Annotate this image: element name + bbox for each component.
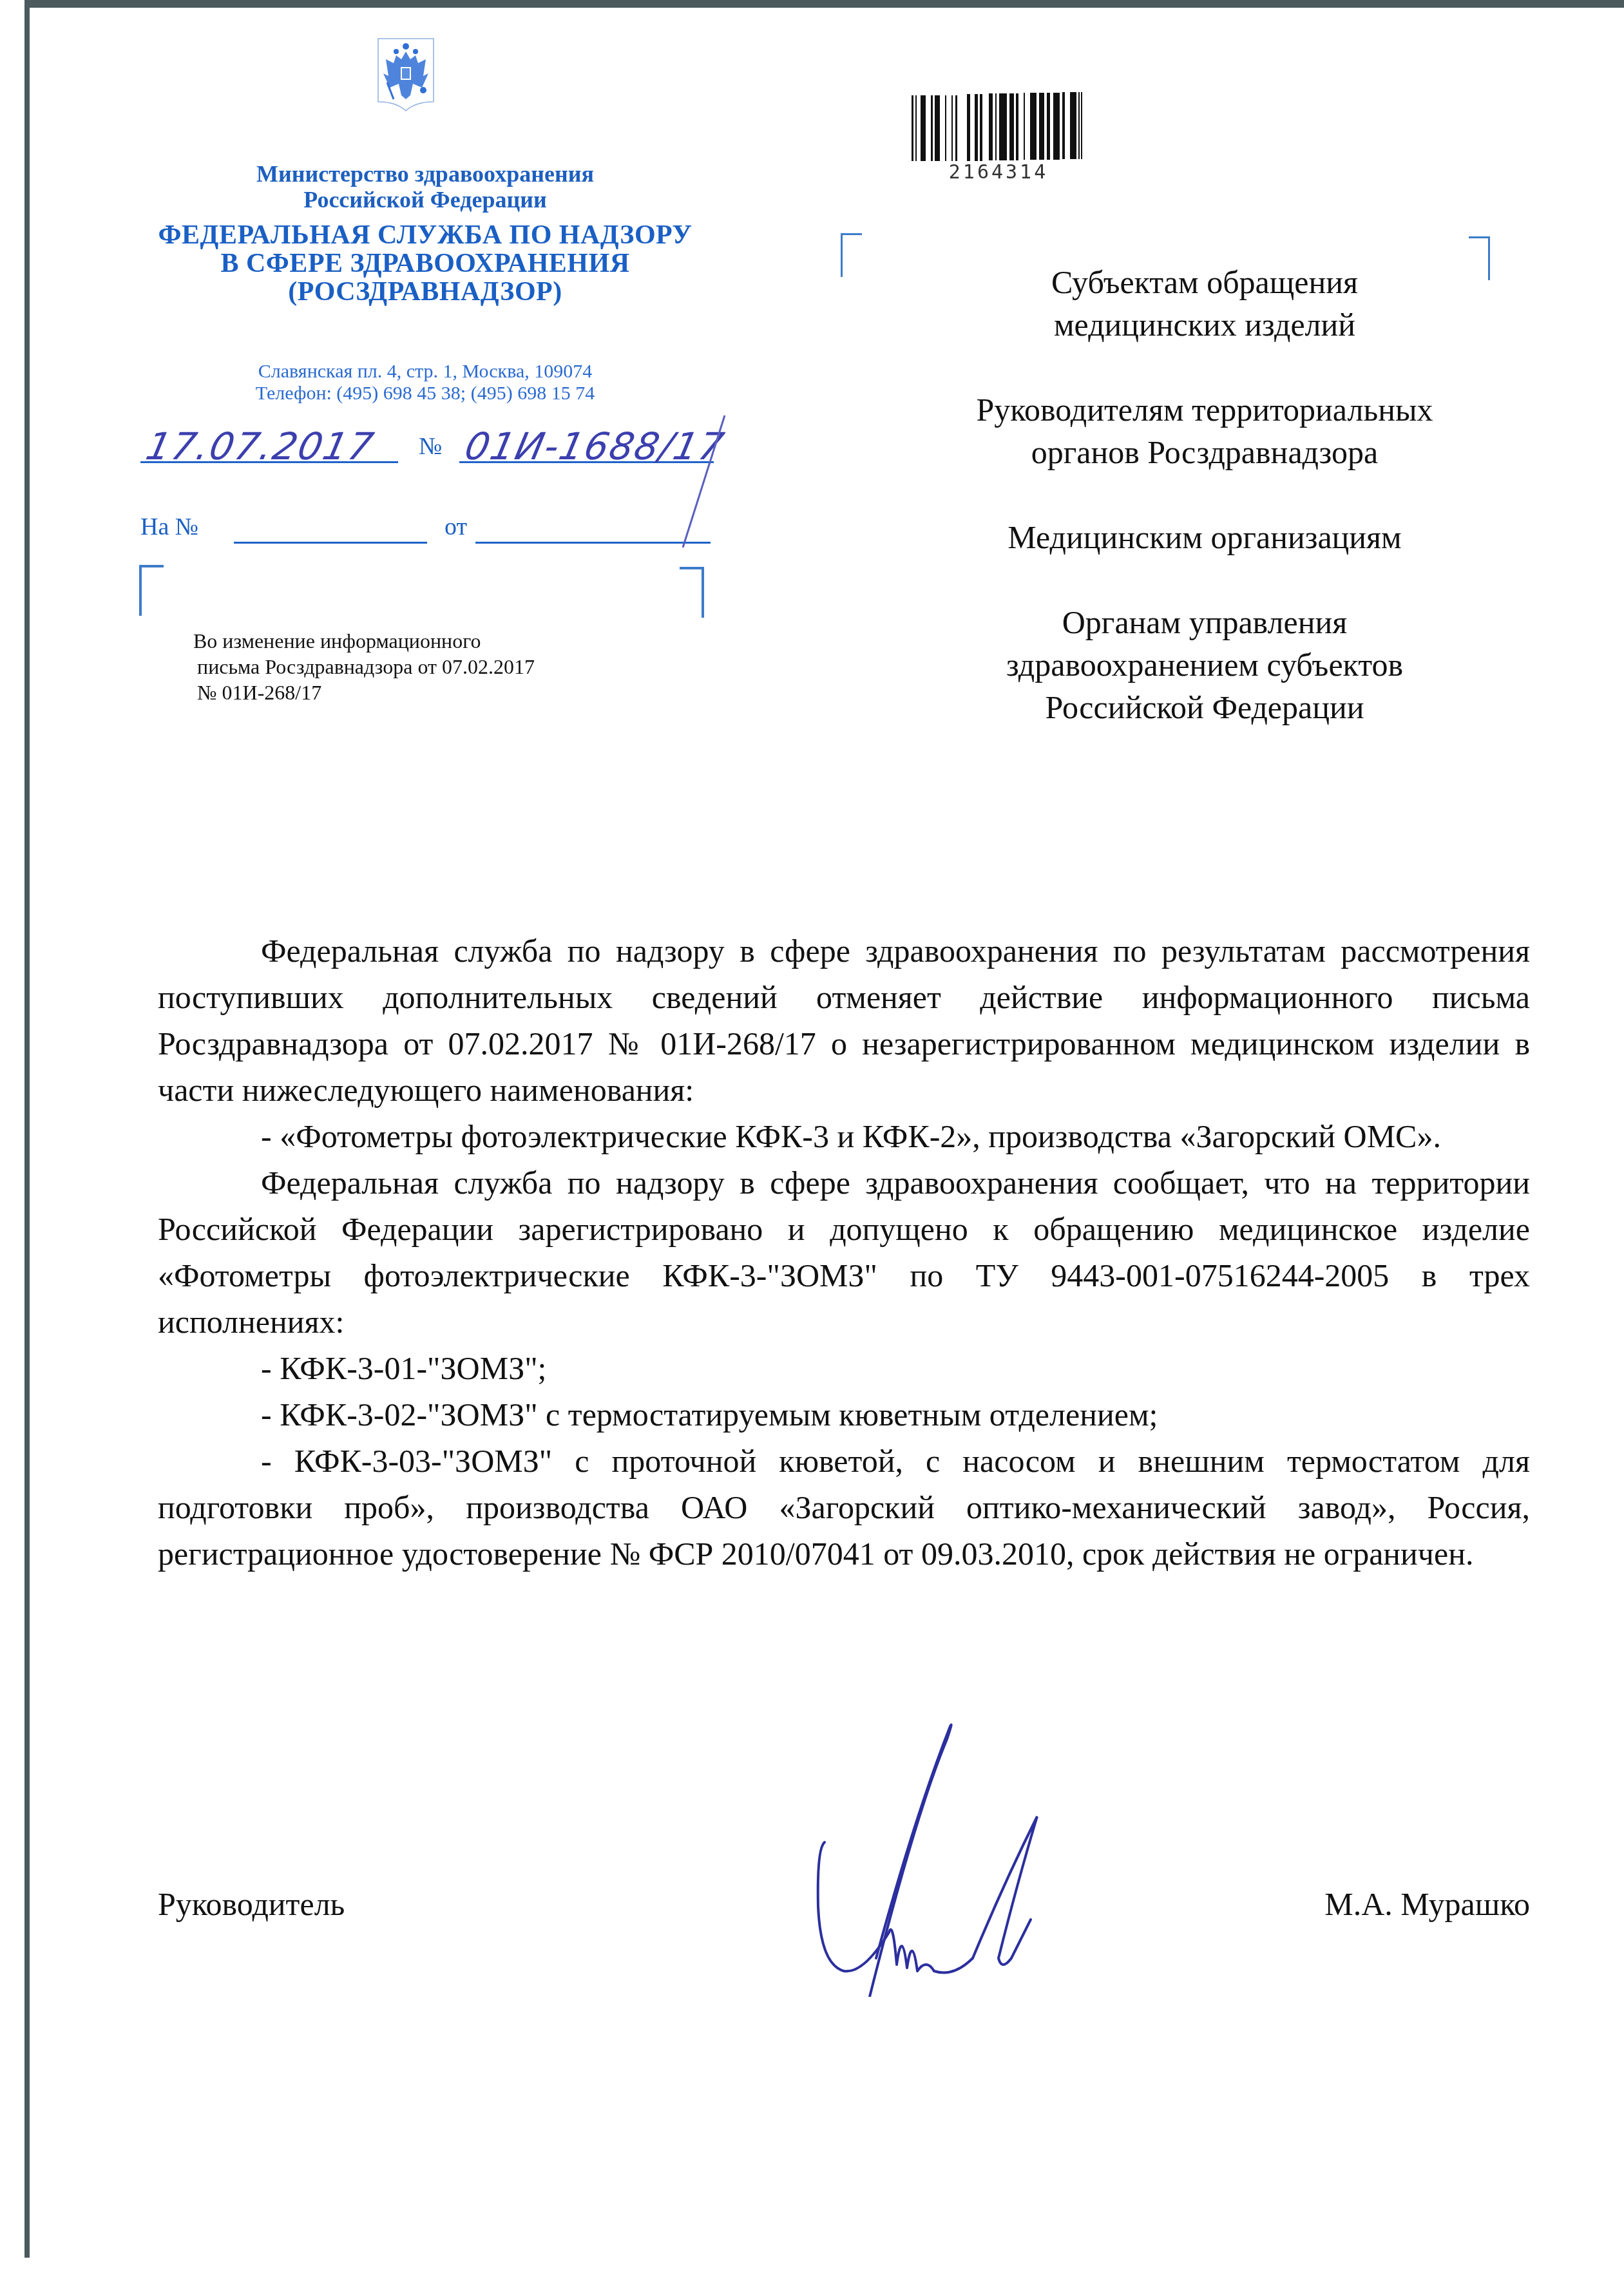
address-line: Славянская пл. 4, стр. 1, Москва, 109074 bbox=[129, 361, 721, 383]
addressee-line: Органам управления bbox=[883, 601, 1527, 643]
coat-of-arms-icon bbox=[377, 37, 435, 112]
addressee-line: медицинских изделий bbox=[883, 303, 1527, 346]
handwritten-date: 17.07.2017 bbox=[142, 424, 379, 468]
body-list-item-3: - КФК-3-03-"ЗОМЗ" с проточной кюветой, с… bbox=[158, 1438, 1530, 1577]
barcode-number: 2164314 bbox=[921, 161, 1076, 184]
service-line-2: В СФЕРЕ ЗДРАВООХРАНЕНИЯ bbox=[129, 249, 721, 278]
ministry-name: Министерство здравоохранения Российской … bbox=[129, 161, 721, 213]
addressee-line: Субъектам обращения bbox=[883, 261, 1527, 303]
service-line-1: ФЕДЕРАЛЬНАЯ СЛУЖБА ПО НАДЗОРУ bbox=[129, 221, 721, 249]
subject-line-3: № 01И-268/17 bbox=[193, 680, 644, 705]
ministry-line-1: Министерство здравоохранения bbox=[129, 161, 721, 187]
body-list-item-2: - КФК-3-02-"ЗОМЗ" с термостатируемым кюв… bbox=[158, 1391, 1530, 1438]
addressee-line: Медицинским организациям bbox=[883, 516, 1527, 558]
number-label: № bbox=[419, 432, 442, 461]
service-name: ФЕДЕРАЛЬНАЯ СЛУЖБА ПО НАДЗОРУ В СФЕРЕ ЗД… bbox=[129, 221, 721, 306]
body-list-item-1: - КФК-3-01-"ЗОМЗ"; bbox=[158, 1345, 1530, 1391]
addressee-line: Руководителям территориальных bbox=[883, 388, 1527, 431]
addressee-line: здравоохранением субъектов bbox=[883, 643, 1527, 686]
body-paragraph-2: - «Фотометры фотоэлектрические КФК-3 и К… bbox=[158, 1113, 1530, 1159]
barcode bbox=[912, 90, 1082, 161]
signatory-title: Руководитель bbox=[158, 1881, 345, 1927]
registration-row: 17.07.2017 № 01И-1688/17 bbox=[140, 428, 707, 467]
handwritten-slash bbox=[644, 412, 728, 554]
addressee-line: органов Росздравнадзора bbox=[883, 431, 1527, 473]
subject-note: Во изменение информационного письма Росз… bbox=[193, 628, 644, 705]
addressee-bracket-left bbox=[841, 233, 862, 277]
bracket-top-left bbox=[139, 565, 164, 616]
addressee-line: Российской Федерации bbox=[883, 686, 1527, 729]
letterhead-address: Славянская пл. 4, стр. 1, Москва, 109074… bbox=[129, 361, 721, 405]
phone-line: Телефон: (495) 698 45 38; (495) 698 15 7… bbox=[129, 383, 721, 405]
ministry-line-2: Российской Федерации bbox=[129, 187, 721, 213]
addressee-item: Медицинским организациям bbox=[883, 516, 1527, 558]
service-line-3: (РОСЗДРАВНАДЗОР) bbox=[129, 278, 721, 306]
subject-line-1: Во изменение информационного bbox=[193, 628, 644, 654]
bracket-top-right bbox=[680, 567, 704, 618]
from-label: от bbox=[444, 513, 467, 541]
body-paragraph-3: Федеральная служба по надзору в сфере зд… bbox=[158, 1159, 1530, 1345]
handwritten-signature-icon bbox=[760, 1688, 1121, 1997]
reply-to-label: На № bbox=[140, 513, 198, 541]
signatory-name: М.А. Мурашко bbox=[1324, 1881, 1530, 1927]
addressee-item: Руководителям территориальных органов Ро… bbox=[883, 388, 1527, 473]
addressee-item: Органам управления здравоохранением субъ… bbox=[883, 601, 1527, 729]
scan-edge-left bbox=[24, 0, 30, 2258]
subject-line-2: письма Росздравнадзора от 07.02.2017 bbox=[193, 654, 644, 680]
addressee-list: Субъектам обращения медицинских изделий … bbox=[883, 261, 1527, 771]
body-paragraph-1: Федеральная служба по надзору в сфере зд… bbox=[158, 928, 1530, 1113]
letter-body: Федеральная служба по надзору в сфере зд… bbox=[158, 928, 1530, 1577]
reply-to-field bbox=[234, 542, 427, 544]
signature-row: Руководитель М.А. Мурашко bbox=[158, 1881, 1530, 1932]
scan-edge-top bbox=[26, 0, 1624, 8]
addressee-item: Субъектам обращения медицинских изделий bbox=[883, 261, 1527, 346]
reply-to-row: На № от bbox=[140, 509, 707, 548]
